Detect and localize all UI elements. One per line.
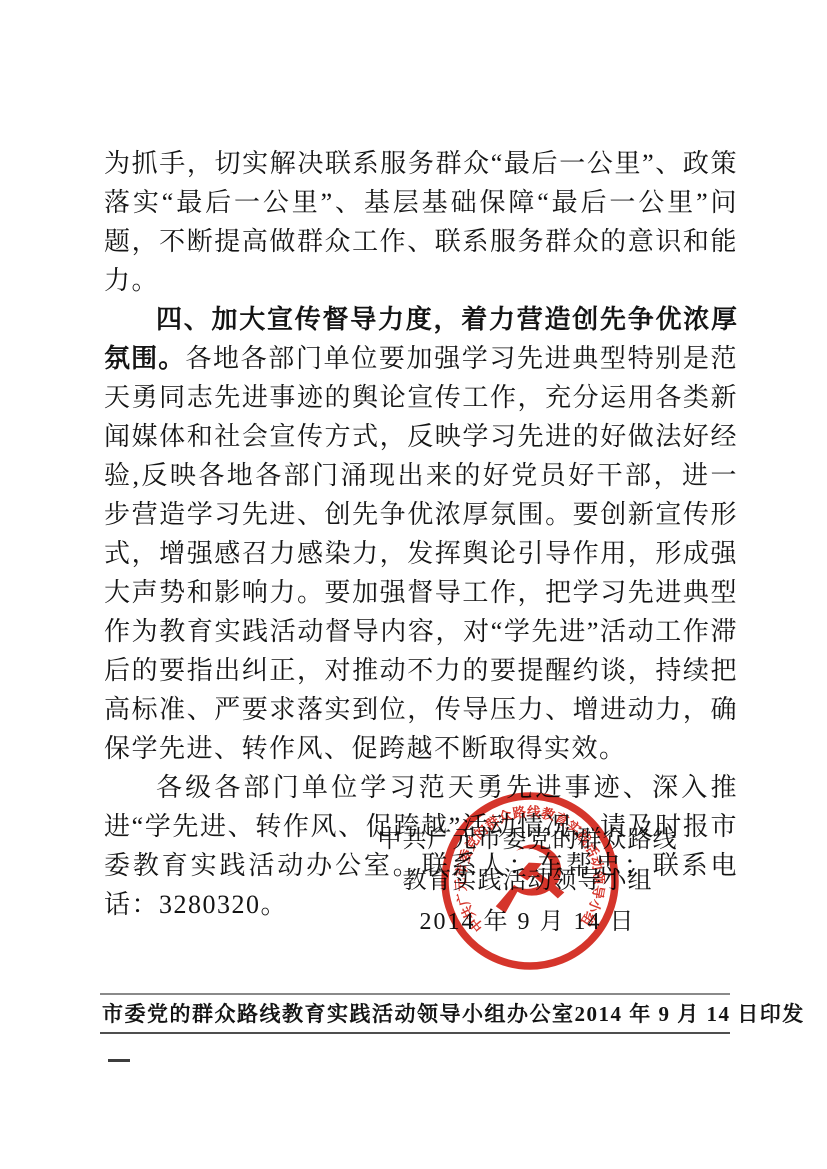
- paragraph-continued: 为抓手，切实解决联系服务群众“最后一公里”、政策落实“最后一公里”、基层基础保障…: [104, 144, 738, 300]
- document-body: 为抓手，切实解决联系服务群众“最后一公里”、政策落实“最后一公里”、基层基础保障…: [104, 144, 738, 924]
- section4-body-text: 各地各部门单位要加强学习先进典型特别是范天勇同志先进事迹的舆论宣传工作，充分运用…: [104, 344, 738, 763]
- signature-date: 2014 年 9 月 14 日: [300, 902, 755, 943]
- imprint-print-date: 2014 年 9 月 14 日印发: [575, 998, 805, 1028]
- paragraph-continued-text: 为抓手，切实解决联系服务群众“最后一公里”、政策落实“最后一公里”、基层基础保障…: [104, 149, 738, 295]
- imprint-footer: 市委党的群众路线教育实践活动领导小组办公室 2014 年 9 月 14 日印发: [100, 993, 730, 1034]
- signature-org-line1: 中共广元市委党的群众路线: [300, 820, 755, 861]
- imprint-issuer: 市委党的群众路线教育实践活动领导小组办公室: [102, 998, 575, 1028]
- paragraph-section4: 四、加大宣传督导力度，着力营造创先争优浓厚氛围。各地各部门单位要加强学习先进典型…: [104, 300, 738, 768]
- page-dash-mark: [108, 1059, 130, 1062]
- signature-org-line2: 教育实践活动领导小组: [300, 861, 755, 902]
- document-page: 为抓手，切实解决联系服务群众“最后一公里”、政策落实“最后一公里”、基层基础保障…: [0, 0, 827, 1169]
- signature-block: 中共广元市委党的群众路线 教育实践活动领导小组 2014 年 9 月 14 日: [300, 820, 755, 943]
